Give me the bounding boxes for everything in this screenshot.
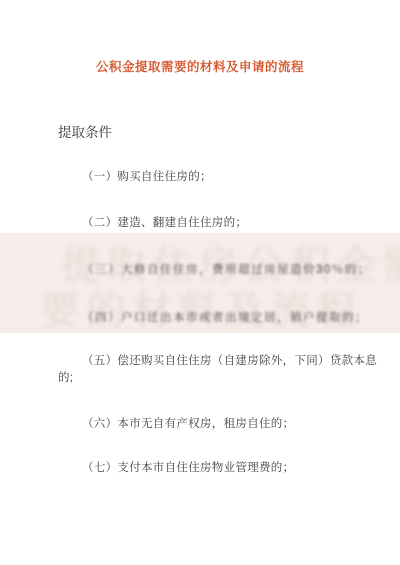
- section-heading: 提取条件: [58, 121, 112, 141]
- document-page: 公积金提取需要的材料及申请的流程 提取条件 （一）购买自住住房的； （二）建造、…: [0, 0, 400, 565]
- page-title: 公积金提取需要的材料及申请的流程: [0, 57, 400, 75]
- list-item-2: （二）建造、翻建自住住房的；: [82, 214, 247, 230]
- list-item-1: （一）购买自住住房的；: [82, 168, 212, 184]
- list-item-5-line-2: 的;: [58, 369, 73, 385]
- list-item-6: （六）本市无自有产权房，租房自住的；: [82, 415, 294, 431]
- list-item-7: （七）支付本市自住住房物业管理费的；: [82, 459, 294, 475]
- watermark-band: 提取住房公积金需 要的材料及流程 （三）大修自住住房，费用超过房屋造价30％的；…: [0, 233, 400, 333]
- watermark-text-line-2: 要的材料及流程: [40, 279, 362, 336]
- list-item-4-blurred: （四）户口迁出本市或者出境定居，销户提取的；: [82, 309, 368, 325]
- list-item-3-blurred: （三）大修自住住房，费用超过房屋造价30％的；: [82, 261, 371, 277]
- list-item-5-line-1: （五）偿还购买自住住房（自建房除外，下同）贷款本息: [82, 352, 377, 368]
